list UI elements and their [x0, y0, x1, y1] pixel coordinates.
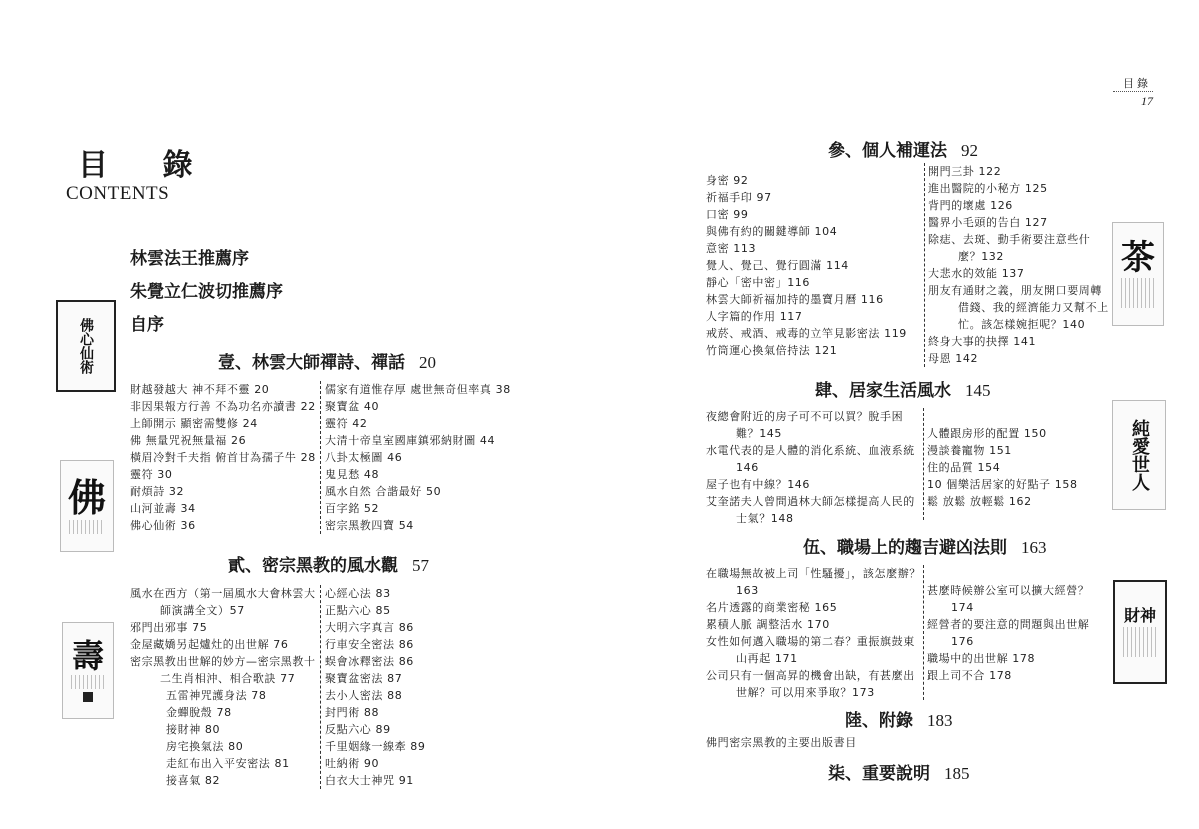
toc-entry[interactable]: 住的品質 154: [927, 459, 1103, 476]
toc-entry[interactable]: 除痣、去斑、動手術要注意些什麼？132: [928, 231, 1112, 265]
calligraphy-image: 佛: [60, 460, 114, 552]
toc-entry[interactable]: 金蟬脫殼 78: [130, 704, 322, 721]
toc-entry[interactable]: 反點六心 89: [325, 721, 485, 738]
toc-entry[interactable]: 朋友有通財之義，朋友開口要周轉借錢、我的經濟能力又幫不上忙。該怎樣婉拒呢？140: [928, 282, 1112, 333]
section-label: 貳、密宗黑教的風水觀: [228, 556, 398, 576]
toc-entry[interactable]: 覺人、覺己、覺行圓滿 114: [706, 257, 924, 274]
section-label: 陸、附錄: [845, 711, 913, 731]
toc-entry[interactable]: 累積人脈 調整活水 170: [706, 616, 922, 633]
toc-entry[interactable]: 儒家有道惟存厚 處世無奇但率真 38: [325, 381, 535, 398]
toc-entry[interactable]: 鬆 放鬆 放輕鬆 162: [927, 493, 1103, 510]
calligraphy-image: 壽: [62, 622, 114, 719]
toc-entry[interactable]: 密宗黑教出世解的妙方—密宗黑教十二生肖相沖、相合歌訣 77: [130, 653, 322, 687]
section-label: 參、個人補運法: [828, 141, 947, 161]
toc-entry[interactable]: 口密 99: [706, 206, 924, 223]
toc-entry[interactable]: 聚寶盆密法 87: [325, 670, 485, 687]
toc-entry[interactable]: 祈福手印 97: [706, 189, 924, 206]
toc-list-s2-left: 風水在西方（第一屆風水大會林雲大師演講全文）57 邪門出邪事 75 金屋藏嬌另起…: [130, 585, 322, 789]
section-page: 185: [944, 764, 970, 783]
toc-entry[interactable]: 佛心仙術 36: [130, 517, 318, 534]
running-header-title: 目錄: [1113, 77, 1153, 92]
toc-entry[interactable]: 風水自然 合諧最好 50: [325, 483, 535, 500]
toc-list-s5-left: 在職場無故被上司「性騷擾」，該怎麼辦？163 名片透露的商業密秘 165 累積人…: [706, 565, 922, 701]
toc-entry[interactable]: 戒菸、戒酒、戒毒的立竿見影密法 119: [706, 325, 924, 342]
toc-entry[interactable]: 接喜氣 82: [130, 772, 322, 789]
toc-entry[interactable]: 竹筒運心換氣倍持法 121: [706, 342, 924, 359]
running-header: 目錄 17: [1113, 75, 1153, 109]
calligraphy-text: 茶: [1121, 241, 1155, 275]
toc-entry[interactable]: 職場中的出世解 178: [927, 650, 1103, 667]
toc-entry[interactable]: 八卦太極圖 46: [325, 449, 535, 466]
toc-section-6[interactable]: 陸、附錄183: [845, 706, 953, 731]
toc-entry[interactable]: 甚麼時候辦公室可以擴大經營？174: [927, 582, 1103, 616]
section-label: 壹、林雲大師禪詩、禪話: [218, 353, 405, 373]
calligraphy-text: 佛心仙術: [79, 318, 93, 374]
toc-entry[interactable]: 進出醫院的小秘方 125: [928, 180, 1112, 197]
toc-entry[interactable]: 蜈會冰釋密法 86: [325, 653, 485, 670]
toc-entry[interactable]: 夜總會附近的房子可不可以買？脫手困難？145: [706, 408, 922, 442]
toc-entry[interactable]: 白衣大士神咒 91: [325, 772, 485, 789]
toc-section-7[interactable]: 柒、重要說明185: [828, 759, 970, 784]
calligraphy-image: 財神: [1113, 580, 1167, 684]
toc-entry[interactable]: 母恩 142: [928, 350, 1112, 367]
toc-entry[interactable]: 百字銘 52: [325, 500, 535, 517]
toc-entry[interactable]: 千里姻緣一線牽 89: [325, 738, 485, 755]
toc-preface-3[interactable]: 自序: [130, 310, 164, 335]
section-page: 163: [1021, 538, 1047, 557]
toc-entry[interactable]: 跟上司不合 178: [927, 667, 1103, 684]
toc-entry[interactable]: 五雷神咒護身法 78: [130, 687, 322, 704]
toc-entry[interactable]: 橫眉冷對千夫指 俯首甘為孺子牛 28: [130, 449, 318, 466]
toc-entry[interactable]: 密宗黑教四寶 54: [325, 517, 535, 534]
toc-entry[interactable]: 屋子也有中線？146: [706, 476, 922, 493]
toc-entry[interactable]: 靜心「密中密」116: [706, 274, 924, 291]
toc-entry[interactable]: 行車安全密法 86: [325, 636, 485, 653]
calligraphy-image: 茶: [1112, 222, 1164, 326]
toc-list-s3-right: 開門三卦 122 進出醫院的小秘方 125 背門的壞處 126 醫界小毛頭的告白…: [924, 163, 1112, 367]
page-subtitle: CONTENTS: [66, 183, 169, 205]
toc-entry[interactable]: 人字篇的作用 117: [706, 308, 924, 325]
toc-entry[interactable]: 心經心法 83: [325, 585, 485, 602]
toc-list-s1-left: 財越發越大 神不拜不靈 20 非因果報方行善 不為功名亦讀書 22 上師開示 顯…: [130, 381, 318, 534]
section-label: 柒、重要說明: [828, 764, 930, 784]
toc-entry[interactable]: 漫談養寵物 151: [927, 442, 1103, 459]
toc-list-s4-right: 人體跟房形的配置 150 漫談養寵物 151 住的品質 154 10 個樂活居家…: [923, 408, 1103, 520]
page-title: 目 錄: [78, 140, 214, 184]
toc-list-s6: 佛門密宗黑教的主要出版書目: [706, 734, 857, 751]
toc-entry[interactable]: 走紅布出入平安密法 81: [130, 755, 322, 772]
toc-entry[interactable]: 封門術 88: [325, 704, 485, 721]
toc-entry[interactable]: 在職場無故被上司「性騷擾」，該怎麼辦？163: [706, 565, 922, 599]
toc-entry[interactable]: 開門三卦 122: [928, 163, 1112, 180]
section-page: 183: [927, 711, 953, 730]
toc-entry[interactable]: 與佛有約的關鍵導師 104: [706, 223, 924, 240]
toc-section-2[interactable]: 貳、密宗黑教的風水觀57: [228, 551, 429, 576]
toc-entry[interactable]: 正點六心 85: [325, 602, 485, 619]
toc-entry[interactable]: 靈符 30: [130, 466, 318, 483]
toc-entry[interactable]: 邪門出邪事 75: [130, 619, 322, 636]
toc-entry[interactable]: 艾奎諾夫人曾問過林大師怎樣提高人民的士氣？148: [706, 493, 922, 527]
toc-section-5[interactable]: 伍、職場上的趨吉避凶法則163: [803, 533, 1047, 558]
toc-entry[interactable]: 大清十帝皇室國庫鎮邪納財圖 44: [325, 432, 535, 449]
toc-entry[interactable]: 名片透露的商業密秘 165: [706, 599, 922, 616]
toc-entry[interactable]: 佛門密宗黑教的主要出版書目: [706, 734, 857, 751]
section-page: 57: [412, 556, 429, 575]
toc-entry[interactable]: 山河並壽 34: [130, 500, 318, 517]
toc-entry[interactable]: 女性如何邁入職場的第二春？重振旗鼓東山再起 171: [706, 633, 922, 667]
toc-preface-1[interactable]: 林雲法王推薦序: [130, 244, 249, 269]
toc-entry[interactable]: 金屋藏嬌另起爐灶的出世解 76: [130, 636, 322, 653]
toc-entry[interactable]: 意密 113: [706, 240, 924, 257]
toc-entry[interactable]: 鬼見愁 48: [325, 466, 535, 483]
toc-list-s3-left: 身密 92 祈福手印 97 口密 99 與佛有約的關鍵導師 104 意密 113…: [706, 172, 924, 359]
toc-section-1[interactable]: 壹、林雲大師禪詩、禪話20: [218, 348, 436, 373]
toc-entry[interactable]: 耐煩詩 32: [130, 483, 318, 500]
toc-preface-2[interactable]: 朱覺立仁波切推薦序: [130, 277, 283, 302]
toc-entry[interactable]: 聚寶盆 40: [325, 398, 535, 415]
toc-entry[interactable]: 公司只有一個高昇的機會出缺，有甚麼出世解？可以用來爭取？173: [706, 667, 922, 701]
toc-list-s4-left: 夜總會附近的房子可不可以買？脫手困難？145 水電代表的是人體的消化系統、血液系…: [706, 408, 922, 527]
toc-section-3[interactable]: 參、個人補運法92: [828, 136, 978, 161]
calligraphy-image: 純愛世人: [1112, 400, 1166, 510]
toc-entry[interactable]: 靈符 42: [325, 415, 535, 432]
section-page: 92: [961, 141, 978, 160]
toc-entry[interactable]: 醫界小毛頭的告白 127: [928, 214, 1112, 231]
page-number: 17: [1113, 94, 1153, 109]
calligraphy-image: 佛心仙術: [56, 300, 116, 392]
calligraphy-text: 壽: [72, 640, 104, 672]
toc-entry[interactable]: 人體跟房形的配置 150: [927, 425, 1103, 442]
calligraphy-text: 純愛世人: [1130, 419, 1148, 491]
toc-list-s2-right: 心經心法 83 正點六心 85 大明六字真言 86 行車安全密法 86 蜈會冰釋…: [320, 585, 485, 789]
toc-entry[interactable]: 背門的壞處 126: [928, 197, 1112, 214]
toc-entry[interactable]: 林雲大師祈福加持的墨寶月曆 116: [706, 291, 924, 308]
toc-list-s1-right: 儒家有道惟存厚 處世無奇但率真 38 聚寶盆 40 靈符 42 大清十帝皇室國庫…: [320, 381, 535, 534]
section-label: 伍、職場上的趨吉避凶法則: [803, 538, 1007, 558]
toc-section-4[interactable]: 肆、居家生活風水145: [815, 376, 991, 401]
toc-entry[interactable]: 財越發越大 神不拜不靈 20: [130, 381, 318, 398]
toc-list-s5-right: 甚麼時候辦公室可以擴大經營？174 經營者的要注意的問題與出世解 176 職場中…: [923, 565, 1103, 700]
toc-entry[interactable]: 身密 92: [706, 172, 924, 189]
toc-entry[interactable]: 終身大事的抉擇 141: [928, 333, 1112, 350]
toc-entry[interactable]: 吐納術 90: [325, 755, 485, 772]
toc-entry[interactable]: 佛 無量咒祝無量福 26: [130, 432, 318, 449]
calligraphy-text: 財神: [1124, 608, 1156, 624]
section-page: 20: [419, 353, 436, 372]
toc-entry[interactable]: 風水在西方（第一屆風水大會林雲大師演講全文）57: [130, 585, 322, 619]
toc-entry[interactable]: 10 個樂活居家的好點子 158: [927, 476, 1103, 493]
toc-entry[interactable]: 房宅換氣法 80: [130, 738, 322, 755]
toc-entry[interactable]: 上師開示 顯密需雙修 24: [130, 415, 318, 432]
toc-entry[interactable]: 經營者的要注意的問題與出世解 176: [927, 616, 1103, 650]
calligraphy-text: 佛: [68, 479, 106, 517]
section-label: 肆、居家生活風水: [815, 381, 951, 401]
toc-entry[interactable]: 水電代表的是人體的消化系統、血液系統 146: [706, 442, 922, 476]
toc-entry[interactable]: 大悲水的效能 137: [928, 265, 1112, 282]
toc-entry[interactable]: 大明六字真言 86: [325, 619, 485, 636]
toc-entry[interactable]: 非因果報方行善 不為功名亦讀書 22: [130, 398, 318, 415]
toc-entry[interactable]: 接財神 80: [130, 721, 322, 738]
section-page: 145: [965, 381, 991, 400]
toc-entry[interactable]: 去小人密法 88: [325, 687, 485, 704]
